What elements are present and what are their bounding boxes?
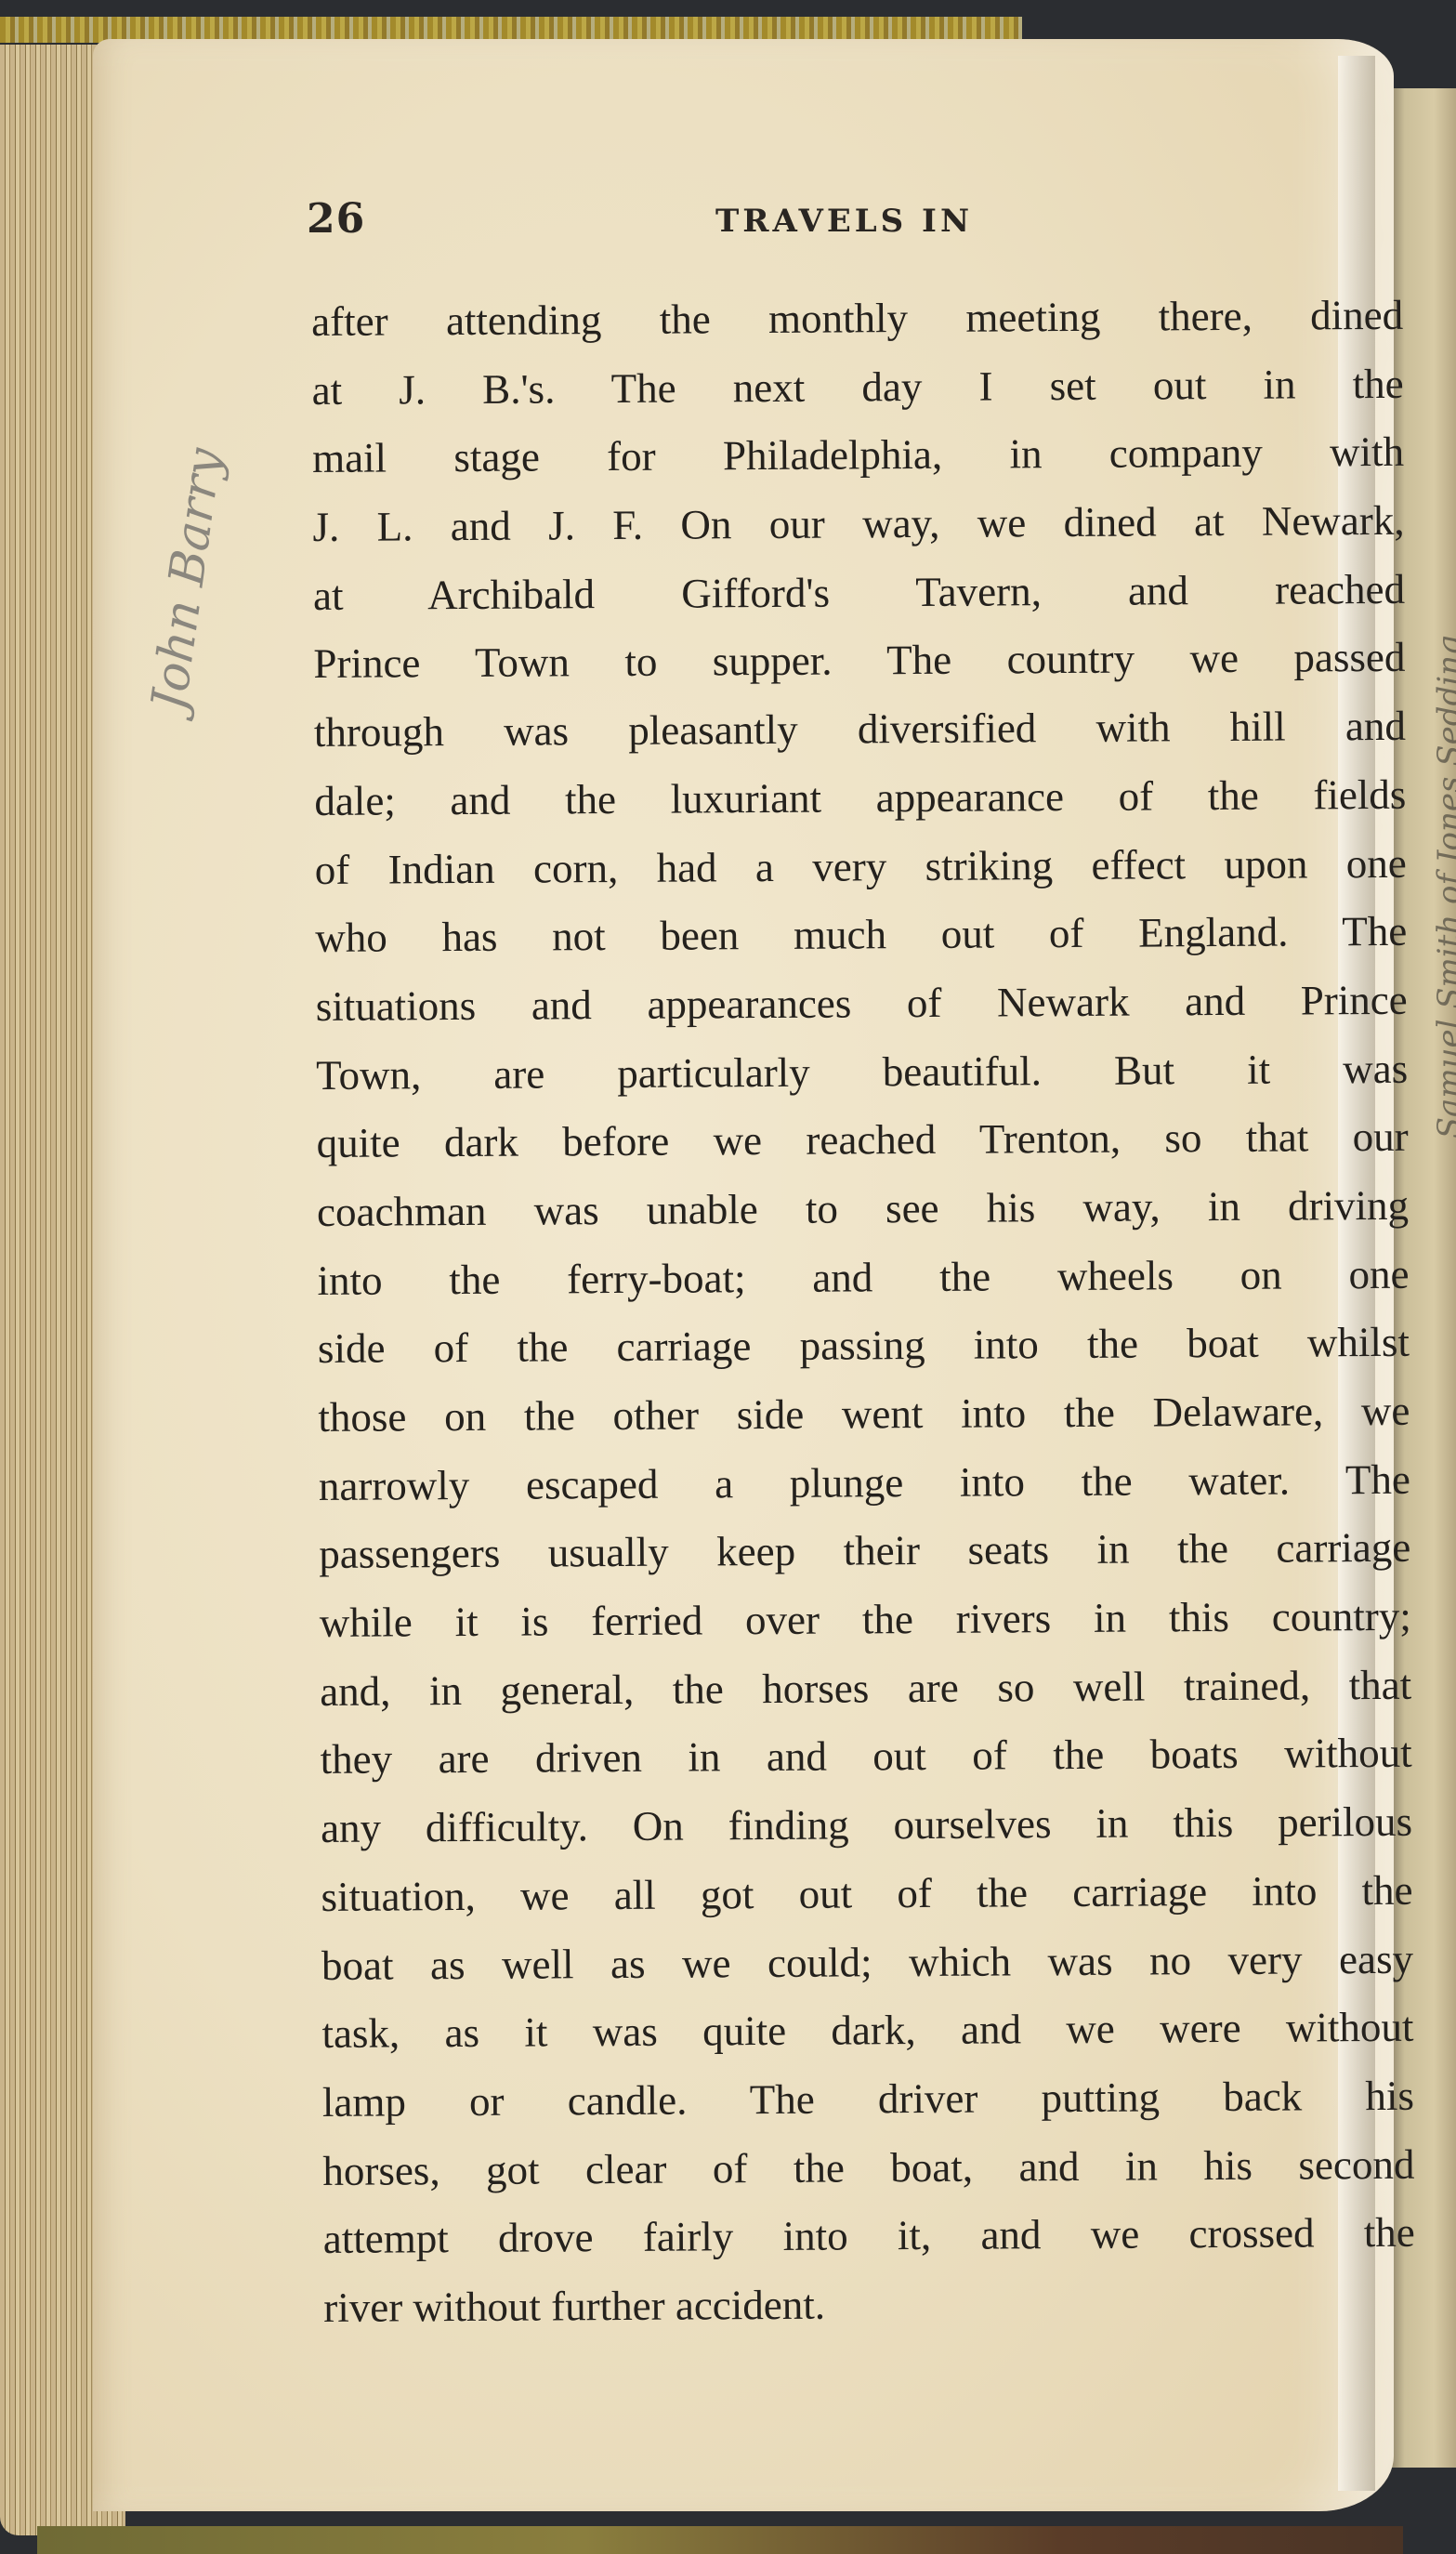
text-line: dale; and the luxuriant appearance of th…	[314, 761, 1406, 836]
text-line: narrowly escaped a plunge into the water…	[319, 1445, 1410, 1521]
text-line: situation, we all got out of the carriag…	[321, 1857, 1412, 1932]
running-head: 26 TRAVELS IN	[307, 195, 1329, 251]
text-line: into the ferry-boat; and the wheels on o…	[317, 1240, 1409, 1315]
text-line: horses, got clear of the boat, and in hi…	[322, 2130, 1414, 2205]
running-title: TRAVELS IN	[715, 203, 973, 240]
text-line: after attending the monthly meeting ther…	[311, 282, 1403, 357]
text-line: any difficulty. On finding ourselves in …	[321, 1788, 1412, 1863]
text-line: situations and appearances of Newark and…	[316, 967, 1408, 1042]
text-line: through was pleasantly diversified with …	[314, 692, 1406, 768]
text-line-last: river without further accident.	[323, 2268, 1415, 2343]
text-line: task, as it was quite dark, and we were …	[321, 1994, 1413, 2069]
text-line: Prince Town to supper. The country we pa…	[313, 624, 1405, 699]
text-line: those on the other side went into the De…	[318, 1377, 1410, 1453]
text-line: who has not been much out of England. Th…	[315, 898, 1407, 973]
text-line: at J. B.'s. The next day I set out in th…	[311, 350, 1403, 426]
text-line: at Archibald Gifford's Tavern, and reach…	[313, 556, 1405, 631]
text-line: boat as well as we could; which was no v…	[321, 1925, 1413, 2000]
text-line: Town, are particularly beautiful. But it…	[316, 1034, 1408, 1110]
text-line: while it is ferried over the rivers in t…	[320, 1583, 1411, 1658]
text-line: J. L. and J. F. On our way, we dined at …	[312, 487, 1404, 562]
page-number: 26	[307, 195, 365, 243]
book-scan: 26 TRAVELS IN after attending the monthl…	[0, 0, 1456, 2554]
text-line: side of the carriage passing into the bo…	[318, 1309, 1410, 1384]
text-line: of Indian corn, had a very striking effe…	[315, 829, 1407, 904]
text-line: passengers usually keep their seats in t…	[319, 1514, 1410, 1589]
body-text: after attending the monthly meeting ther…	[311, 282, 1415, 2343]
text-line: quite dark before we reached Trenton, so…	[316, 1103, 1408, 1178]
pencil-note-right: Samuel Smith of Jones Sedding ...	[1431, 595, 1456, 1139]
text-line: lamp or candle. The driver putting back …	[322, 2062, 1414, 2138]
text-line: mail stage for Philadelphia, in company …	[312, 418, 1404, 494]
bottom-cover-edge	[37, 2526, 1403, 2554]
text-line: coachman was unable to see his way, in d…	[317, 1172, 1409, 1247]
text-line: and, in general, the horses are so well …	[320, 1652, 1411, 1727]
text-line: attempt drove fairly into it, and we cro…	[323, 2199, 1415, 2274]
text-line: they are driven in and out of the boats …	[320, 1719, 1411, 1795]
